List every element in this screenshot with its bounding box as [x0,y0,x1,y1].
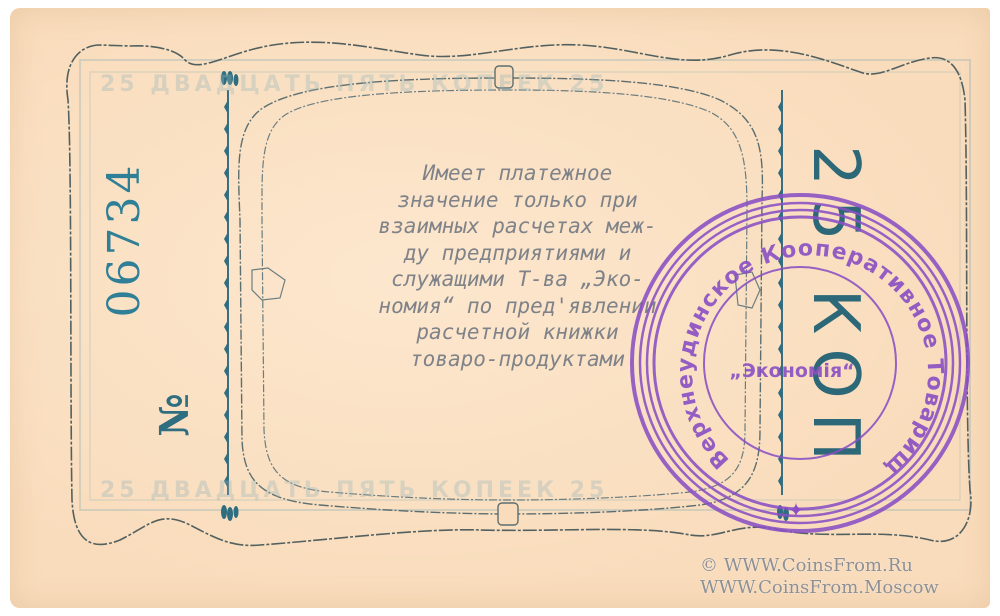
stamp-star-icon: ✦ [788,498,805,522]
svg-text:Верхнеудинское Кооперативное Т: Верхнеудинское Кооперативное Товариществ… [620,185,947,481]
stamp-center-text: „Экономія“ [729,360,854,382]
cooperative-stamp: Верхнеудинское Кооперативное Товариществ… [620,185,980,545]
ghost-text-top: 25 ДВАДЦАТЬ ПЯТЬ КОПЕЕК 25 [100,72,608,97]
serial-number: 06734 [100,130,150,350]
watermark-line-1: © WWW.CoinsFrom.Ru [700,555,939,577]
stamp-outer-text: Верхнеудинское Кооперативное Товариществ… [620,185,947,481]
number-sign: № [150,380,200,450]
notice-line: Имеет платежное [345,160,690,187]
ghost-text-bottom: 25 ДВАДЦАТЬ ПЯТЬ КОПЕЕК 25 [100,478,608,503]
copyright-watermark: © WWW.CoinsFrom.Ru WWW.CoinsFrom.Moscow [700,555,939,599]
watermark-line-2: WWW.CoinsFrom.Moscow [700,577,939,599]
